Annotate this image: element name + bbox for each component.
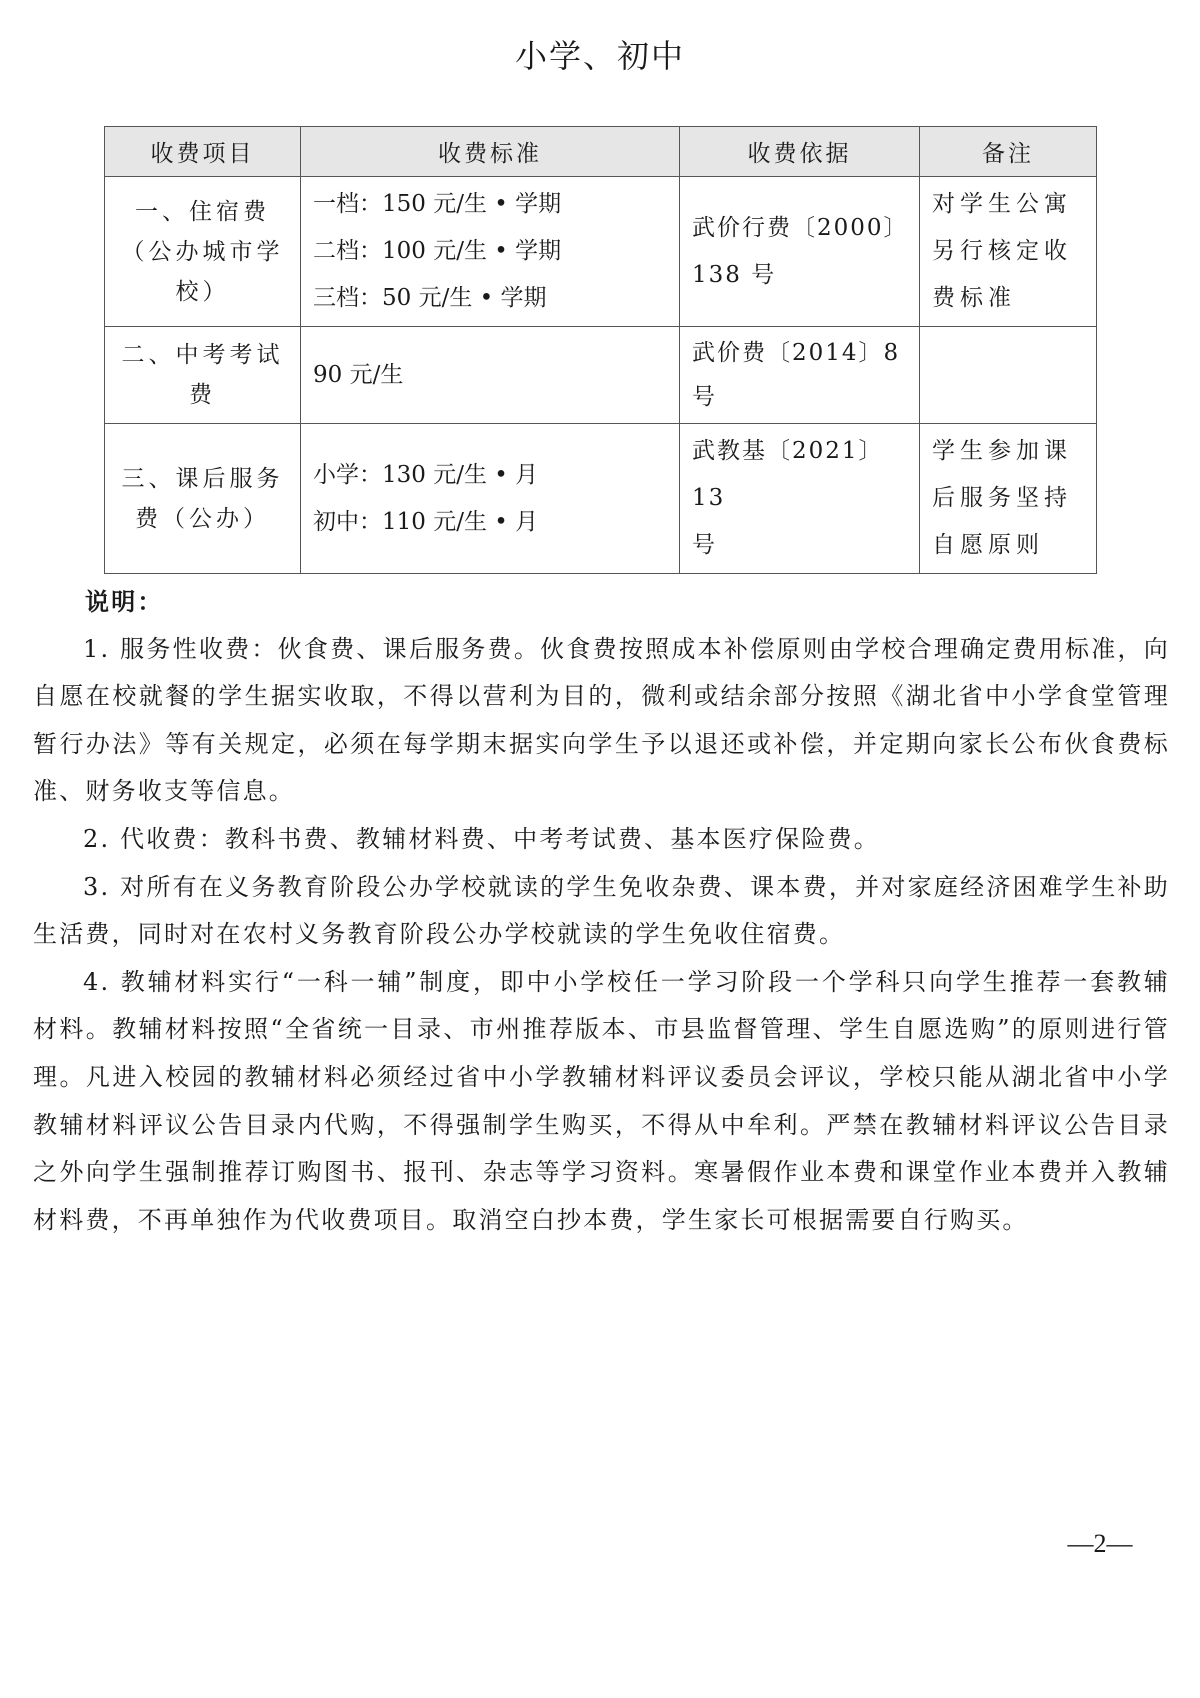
- remark-line: 费标准: [932, 275, 1084, 322]
- cell-fee-item: 二、中考考试费: [105, 327, 301, 424]
- remark-line: 对学生公寓: [932, 181, 1084, 228]
- note-item-4: 4. 教辅材料实行“一科一辅”制度，即中小学校任一学习阶段一个学科只向学生推荐一…: [33, 959, 1170, 1245]
- cell-fee-standard: 一档：150 元/生 • 学期 二档：100 元/生 • 学期 三档：50 元/…: [301, 177, 680, 327]
- header-fee-basis: 收费依据: [680, 127, 920, 177]
- basis-line: 138 号: [692, 252, 907, 299]
- note-item-1: 1. 服务性收费：伙食费、课后服务费。伙食费按照成本补偿原则由学校合理确定费用标…: [33, 626, 1170, 816]
- table-row: 三、课后服务费（公办） 小学：130 元/生 • 月 初中：110 元/生 • …: [105, 424, 1097, 574]
- standard-line: 小学：130 元/生 • 月: [313, 452, 667, 499]
- basis-line: 武价行费〔2000〕: [692, 205, 907, 252]
- page-title: 小学、初中: [0, 34, 1200, 78]
- cell-fee-basis: 武价行费〔2000〕 138 号: [680, 177, 920, 327]
- basis-line: 武教基〔2021〕13: [692, 428, 907, 522]
- standard-line: 90 元/生: [313, 352, 667, 399]
- standard-line: 二档：100 元/生 • 学期: [313, 228, 667, 275]
- standard-line: 初中：110 元/生 • 月: [313, 499, 667, 546]
- header-fee-standard: 收费标准: [301, 127, 680, 177]
- cell-fee-basis: 武教基〔2021〕13 号: [680, 424, 920, 574]
- standard-line: 三档：50 元/生 • 学期: [313, 275, 667, 322]
- note-item-2: 2. 代收费：教科书费、教辅材料费、中考考试费、基本医疗保险费。: [33, 816, 1170, 864]
- notes-section: 说明： 1. 服务性收费：伙食费、课后服务费。伙食费按照成本补偿原则由学校合理确…: [33, 578, 1170, 1244]
- table-header-row: 收费项目 收费标准 收费依据 备注: [105, 127, 1097, 177]
- page-number: —2—: [1060, 1527, 1140, 1561]
- cell-fee-basis: 武价费〔2014〕8 号: [680, 327, 920, 424]
- cell-fee-item: 一、住宿费（公办城市学校）: [105, 177, 301, 327]
- header-remark: 备注: [920, 127, 1097, 177]
- remark-line: 自愿原则: [932, 522, 1084, 569]
- cell-fee-standard: 90 元/生: [301, 327, 680, 424]
- notes-heading: 说明：: [33, 578, 1170, 626]
- table-row: 一、住宿费（公办城市学校） 一档：150 元/生 • 学期 二档：100 元/生…: [105, 177, 1097, 327]
- cell-remark: 学生参加课 后服务坚持 自愿原则: [920, 424, 1097, 574]
- basis-line: 武价费〔2014〕8: [692, 331, 907, 375]
- fee-table: 收费项目 收费标准 收费依据 备注 一、住宿费（公办城市学校） 一档：150 元…: [104, 126, 1097, 574]
- remark-line: 后服务坚持: [932, 475, 1084, 522]
- note-item-3: 3. 对所有在义务教育阶段公办学校就读的学生免收杂费、课本费，并对家庭经济困难学…: [33, 864, 1170, 959]
- header-fee-item: 收费项目: [105, 127, 301, 177]
- basis-line: 号: [692, 522, 907, 569]
- remark-line: 另行核定收: [932, 228, 1084, 275]
- cell-remark: [920, 327, 1097, 424]
- remark-line: 学生参加课: [932, 428, 1084, 475]
- standard-line: 一档：150 元/生 • 学期: [313, 181, 667, 228]
- table-row: 二、中考考试费 90 元/生 武价费〔2014〕8 号: [105, 327, 1097, 424]
- basis-line: 号: [692, 375, 907, 419]
- cell-fee-standard: 小学：130 元/生 • 月 初中：110 元/生 • 月: [301, 424, 680, 574]
- cell-remark: 对学生公寓 另行核定收 费标准: [920, 177, 1097, 327]
- cell-fee-item: 三、课后服务费（公办）: [105, 424, 301, 574]
